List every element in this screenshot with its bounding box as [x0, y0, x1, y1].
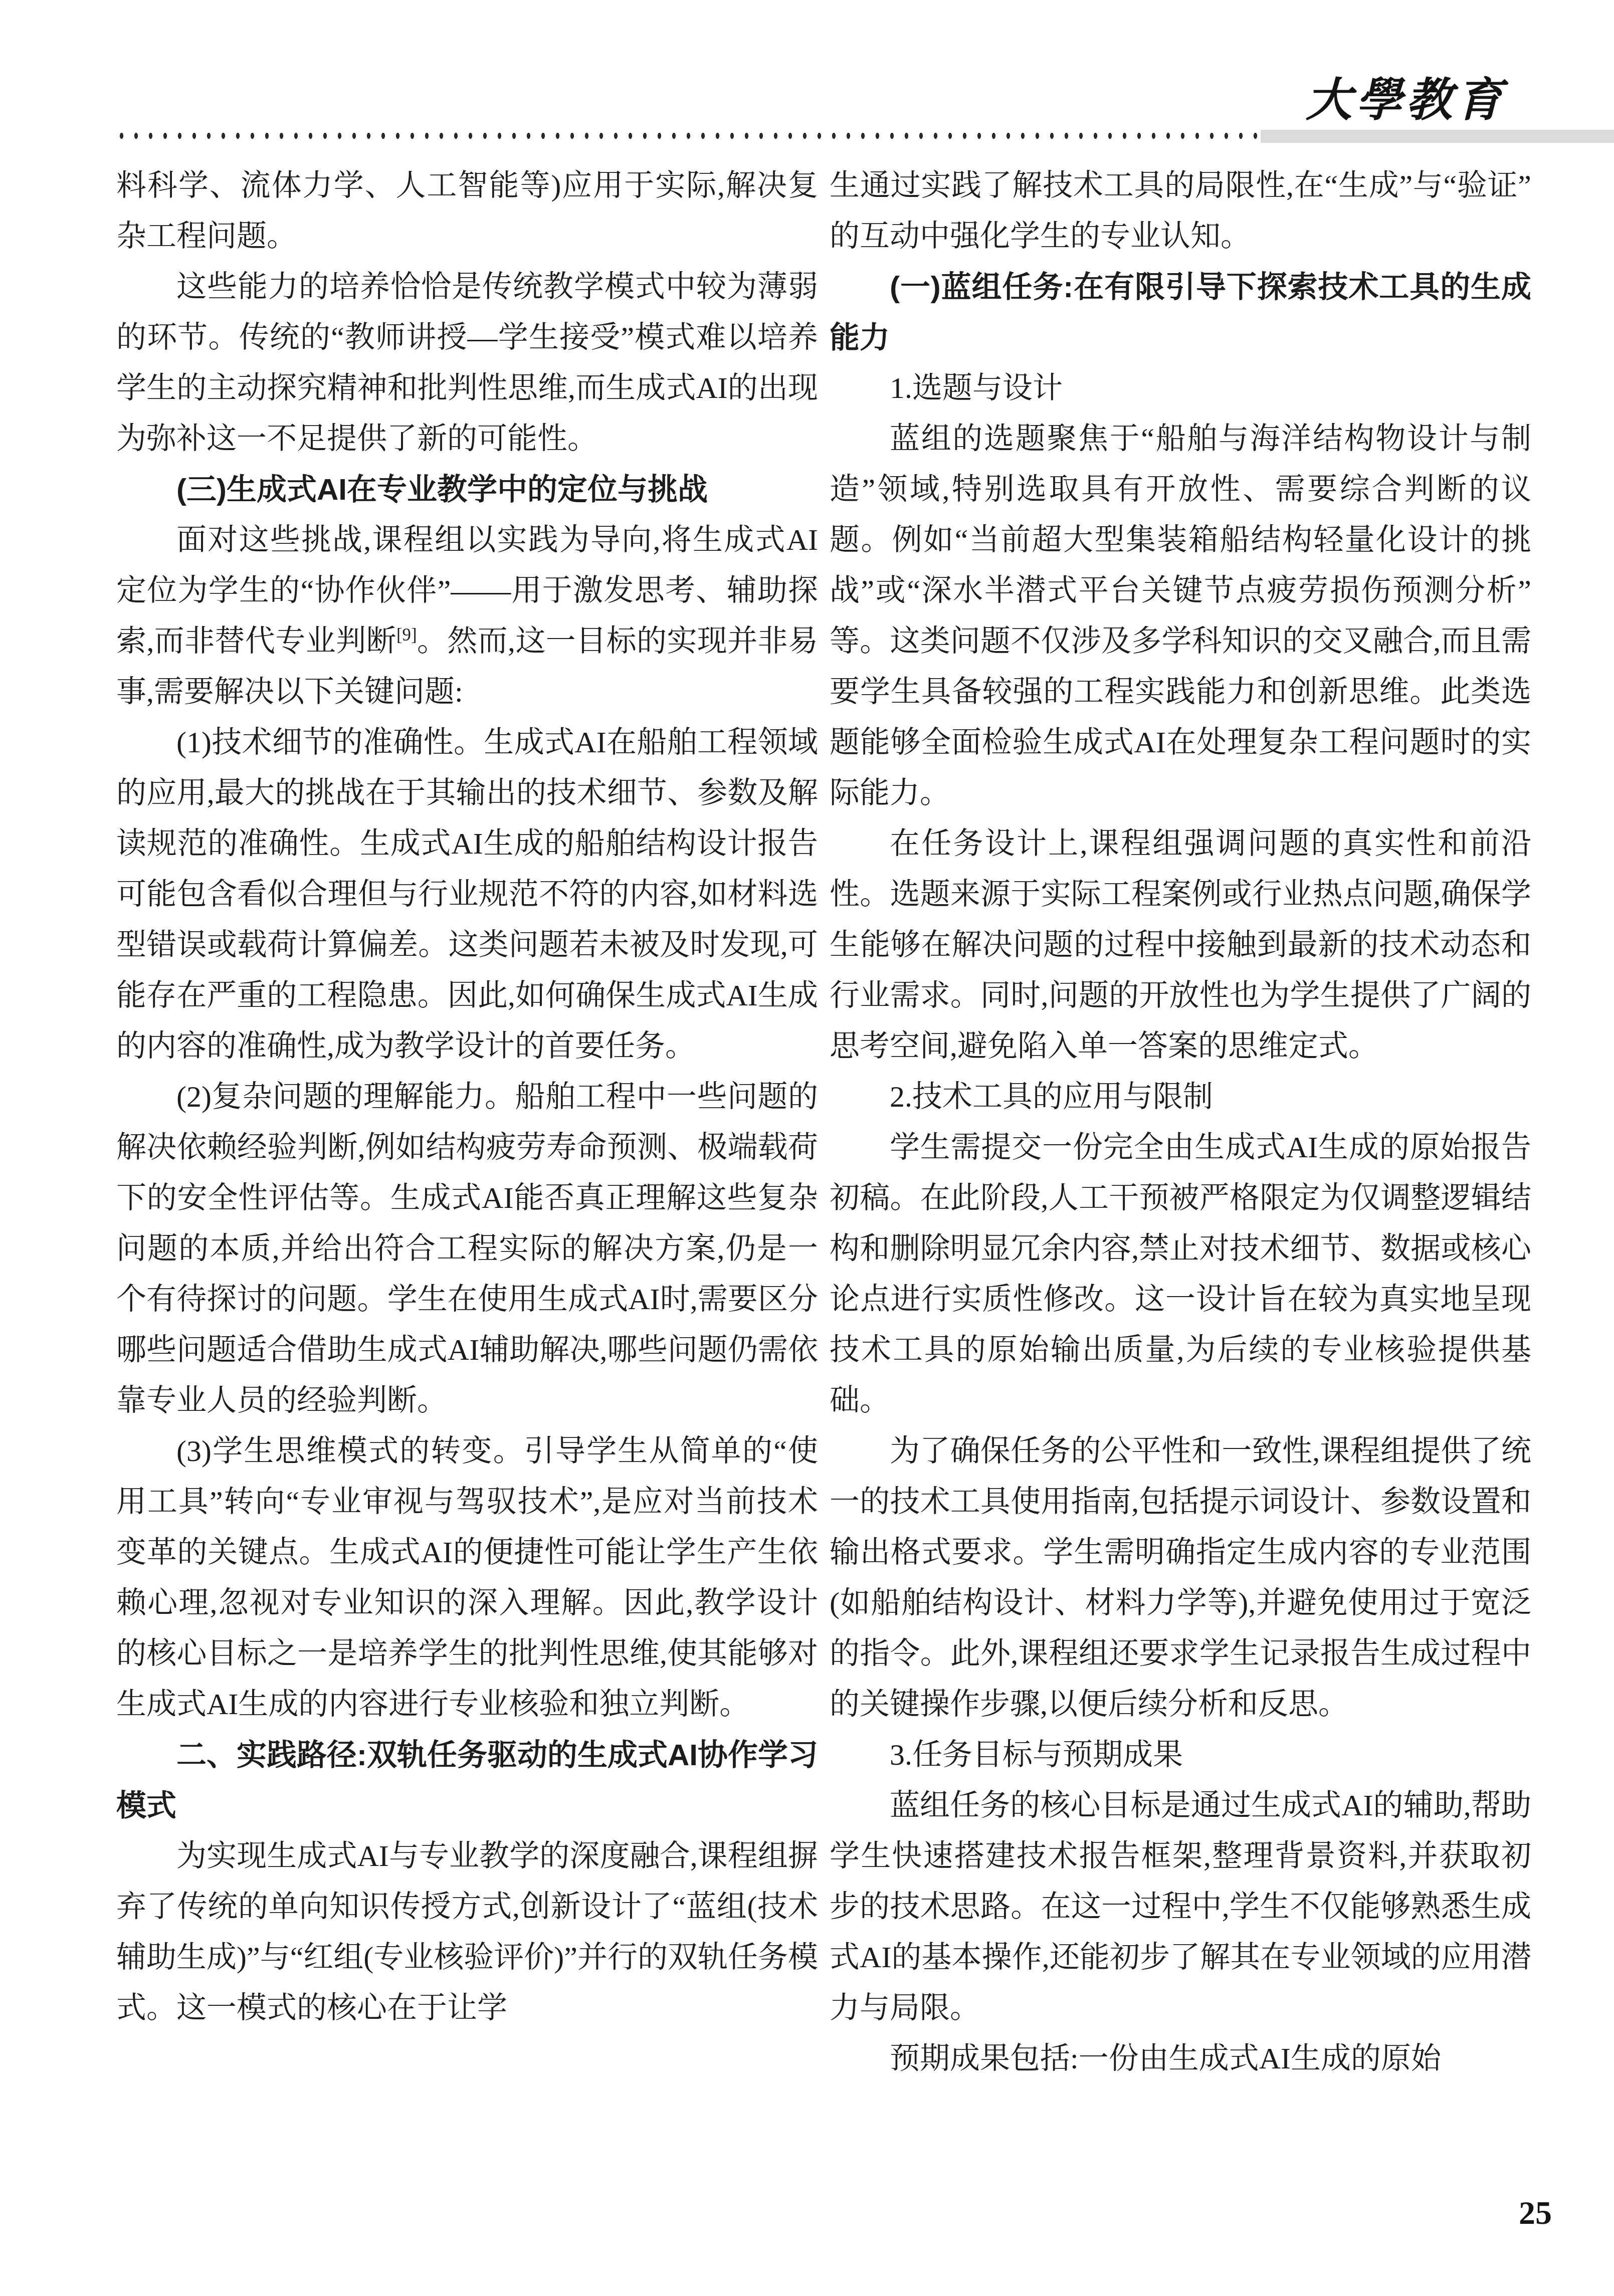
- header-dotted-rule: [114, 129, 1261, 142]
- header-band: [1261, 130, 1614, 143]
- subsection-heading: 2.技术工具的应用与限制: [830, 1072, 1531, 1122]
- footnote-ref: [9]: [396, 625, 417, 645]
- section-heading: (一)蓝组任务:在有限引导下探索技术工具的生成能力: [830, 262, 1531, 363]
- paragraph: 料科学、流体力学、人工智能等)应用于实际,解决复杂工程问题。: [116, 160, 818, 262]
- paragraph: 为了确保任务的公平性和一致性,课程组提供了统一的技术工具使用指南,包括提示词设计…: [830, 1426, 1531, 1730]
- paragraph: 为实现生成式AI与专业教学的深度融合,课程组摒弃了传统的单向知识传授方式,创新设…: [116, 1831, 818, 2033]
- paragraph: 生通过实践了解技术工具的局限性,在“生成”与“验证”的互动中强化学生的专业认知。: [830, 160, 1531, 262]
- subsection-heading: 3.任务目标与预期成果: [830, 1730, 1531, 1780]
- subsection-heading: 1.选题与设计: [830, 363, 1531, 413]
- paragraph: 在任务设计上,课程组强调问题的真实性和前沿性。选题来源于实际工程案例或行业热点问…: [830, 818, 1531, 1072]
- paragraph: 面对这些挑战,课程组以实践为导向,将生成式AI定位为学生的“协作伙伴”——用于激…: [116, 515, 818, 717]
- page-number: 25: [1519, 2194, 1552, 2232]
- journal-logo: 大學教育: [1306, 75, 1614, 125]
- section-heading: 二、实践路径:双轨任务驱动的生成式AI协作学习模式: [116, 1730, 818, 1831]
- journal-page: { "colors": { "text": "#1c1c1c", "header…: [0, 0, 1614, 2296]
- paragraph: 蓝组任务的核心目标是通过生成式AI的辅助,帮助学生快速搭建技术报告框架,整理背景…: [830, 1780, 1531, 2033]
- left-column: 料科学、流体力学、人工智能等)应用于实际,解决复杂工程问题。 这些能力的培养恰恰…: [116, 160, 818, 2033]
- section-heading: (三)生成式AI在专业教学中的定位与挑战: [116, 464, 818, 515]
- paragraph: 蓝组的选题聚焦于“船舶与海洋结构物设计与制造”领域,特别选取具有开放性、需要综合…: [830, 413, 1531, 818]
- paragraph: (3)学生思维模式的转变。引导学生从简单的“使用工具”转向“专业审视与驾驭技术”…: [116, 1426, 818, 1730]
- right-column: 生通过实践了解技术工具的局限性,在“生成”与“验证”的互动中强化学生的专业认知。…: [830, 160, 1531, 2084]
- paragraph: 学生需提交一份完全由生成式AI生成的原始报告初稿。在此阶段,人工干预被严格限定为…: [830, 1122, 1531, 1426]
- paragraph: 预期成果包括:一份由生成式AI生成的原始: [830, 2033, 1531, 2084]
- paragraph: (1)技术细节的准确性。生成式AI在船舶工程领域的应用,最大的挑战在于其输出的技…: [116, 717, 818, 1072]
- paragraph: 这些能力的培养恰恰是传统教学模式中较为薄弱的环节。传统的“教师讲授—学生接受”模…: [116, 262, 818, 464]
- paragraph: (2)复杂问题的理解能力。船舶工程中一些问题的解决依赖经验判断,例如结构疲劳寿命…: [116, 1072, 818, 1426]
